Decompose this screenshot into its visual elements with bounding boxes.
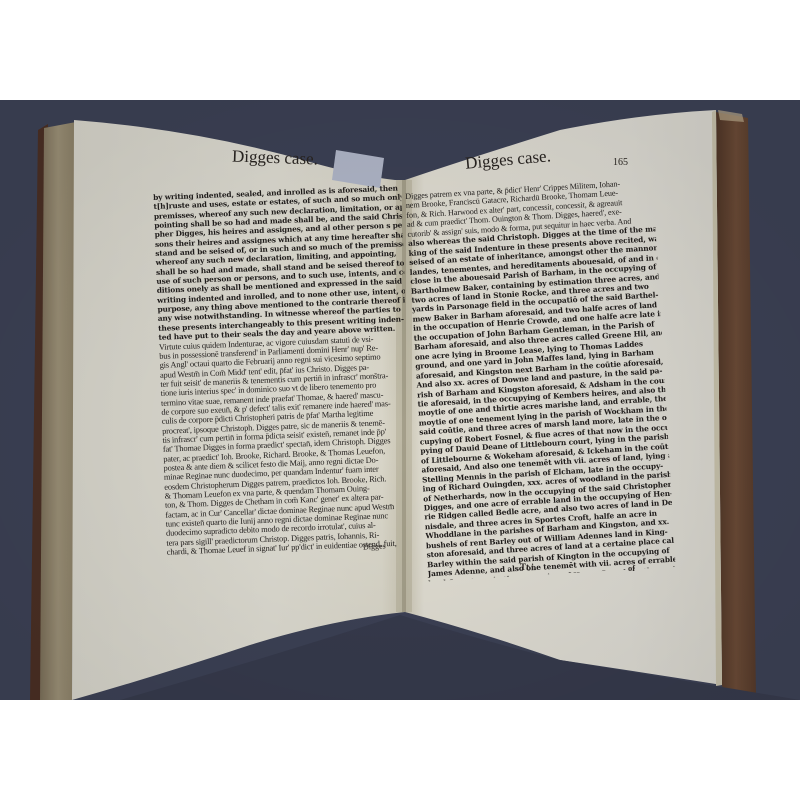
page-number: 165 <box>613 157 628 168</box>
right-page-text: Digges patrem ex vna parte, & p̄dict' He… <box>405 177 676 581</box>
left-page-text: by writing indented, sealed, and inrolle… <box>153 183 415 557</box>
signature-mark: Tt i. <box>520 562 536 572</box>
right-catchword: of <box>628 563 635 573</box>
book-photograph: Digges case. Digges case. 165 by writing… <box>0 100 800 700</box>
left-running-head: Digges case. <box>232 147 319 170</box>
left-catchword: Digges <box>363 541 386 551</box>
